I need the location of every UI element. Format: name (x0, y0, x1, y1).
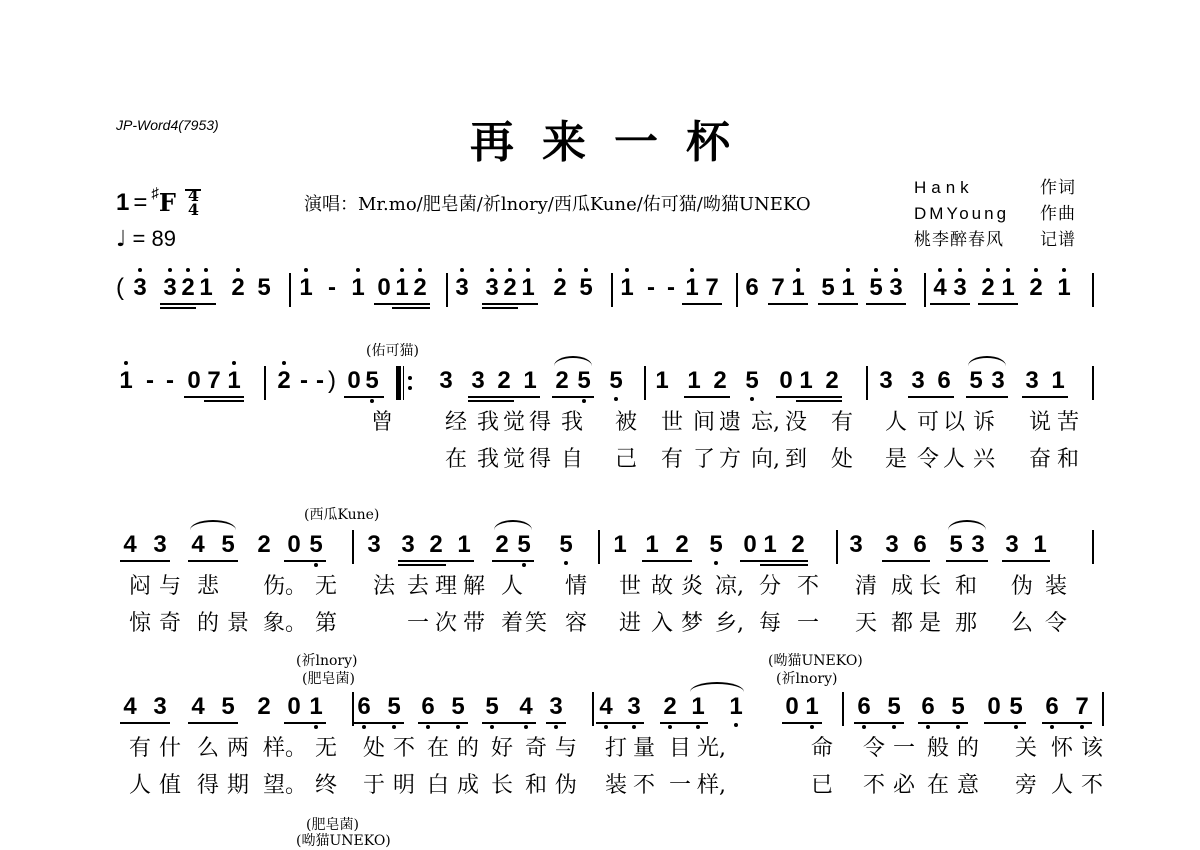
note: 1 (348, 273, 368, 303)
note: 1 (1048, 366, 1068, 396)
tempo-bpm: 89 (152, 226, 176, 251)
note: 2 (410, 273, 430, 303)
octave-up-dot (584, 268, 588, 272)
note: 1 (518, 273, 538, 303)
note: 4 (188, 530, 208, 560)
notation-row: 43452016565543432110165650567 (116, 692, 1090, 732)
note: 0 (284, 692, 304, 722)
octave-up-dot (1006, 268, 1010, 272)
duration-underline (482, 303, 538, 305)
duration-underline (188, 560, 238, 562)
note: 2 (274, 366, 294, 396)
note: 7 (702, 273, 722, 303)
note: 6 (918, 692, 938, 722)
octave-up-dot (874, 268, 878, 272)
note: 2 (978, 273, 998, 303)
barline (352, 530, 354, 564)
note: 3 (1022, 366, 1042, 396)
barline (446, 273, 448, 307)
note: 1 (838, 273, 858, 303)
octave-down-dot (926, 725, 930, 729)
note: 1 (1030, 530, 1050, 560)
octave-up-dot (1062, 268, 1066, 272)
note: 1 (796, 366, 816, 396)
note: 2 (710, 366, 730, 396)
credit-role: 记谱 (1040, 227, 1076, 253)
note: 5 (254, 273, 274, 303)
note: 1 (652, 366, 672, 396)
repeat-thick-line (396, 366, 401, 400)
performers: 演唱：Mr.mo/肥皂菌/祈lnory/西瓜Kune/佑可猫/呦猫UNEKO (304, 190, 811, 216)
duration-underline (160, 303, 216, 305)
credit-lyricist: Hank 作词 (914, 175, 1076, 201)
note: 5 (606, 366, 626, 396)
note: 1 (454, 530, 474, 560)
barline (592, 692, 594, 726)
key-degree: 1 (116, 189, 129, 217)
note: 1 (520, 366, 540, 396)
singer-tag: (祈lnory) (296, 650, 357, 670)
octave-down-dot (696, 725, 700, 729)
note: 0 (776, 366, 796, 396)
octave-down-dot (564, 561, 568, 565)
duration-underline (284, 560, 326, 562)
duration-underline (120, 560, 170, 562)
slur-arc (494, 520, 532, 530)
sustain-dash: - (322, 273, 342, 303)
note: 5 (306, 530, 326, 560)
note: 1 (224, 366, 244, 396)
octave-up-dot (400, 268, 404, 272)
octave-up-dot (460, 268, 464, 272)
note: 5 (362, 366, 382, 396)
credit-transcriber: 桃李醉春风 记谱 (914, 227, 1076, 253)
slur-arc (948, 520, 986, 530)
singer-tag: (肥皂菌) (302, 668, 355, 688)
duration-underline (796, 400, 842, 402)
note: 5 (742, 366, 762, 396)
note: 2 (494, 366, 514, 396)
credit-role: 作曲 (1040, 201, 1076, 227)
note: 3 (160, 273, 180, 303)
octave-down-dot (750, 397, 754, 401)
credit-name: Hank (914, 175, 1040, 201)
note: 1 (306, 692, 326, 722)
meter-bottom: 4 (188, 203, 199, 217)
barline (598, 530, 600, 564)
octave-down-dot (734, 723, 738, 727)
octave-down-dot (604, 725, 608, 729)
note: 6 (934, 366, 954, 396)
repeat-dot (408, 376, 412, 380)
note: 6 (418, 692, 438, 722)
octave-up-dot (796, 268, 800, 272)
octave-down-dot (370, 399, 374, 403)
note: 1 (726, 692, 746, 722)
barline (289, 273, 291, 307)
note: 1 (116, 366, 136, 396)
note: 0 (184, 366, 204, 396)
octave-up-dot (625, 268, 629, 272)
octave-down-dot (668, 725, 672, 729)
duration-underline (492, 560, 534, 562)
octave-down-dot (522, 563, 526, 567)
note: 2 (254, 692, 274, 722)
duration-underline (160, 307, 196, 309)
note: 3 (468, 366, 488, 396)
note: 2 (228, 273, 248, 303)
note: 6 (742, 273, 762, 303)
note: 4 (930, 273, 950, 303)
octave-up-dot (490, 268, 494, 272)
credit-composer: DMYoung 作曲 (914, 201, 1076, 227)
note: 1 (1054, 273, 1074, 303)
duration-underline (978, 303, 1018, 305)
barline (1092, 530, 1094, 564)
octave-down-dot (892, 725, 896, 729)
notation-row: (3321251-10123321251--176715153432121 (116, 273, 1090, 313)
octave-down-dot (614, 397, 618, 401)
octave-up-dot (232, 361, 236, 365)
note: 3 (876, 366, 896, 396)
meter-divider (185, 189, 201, 191)
note: 5 (448, 692, 468, 722)
note: 5 (966, 366, 986, 396)
note: 0 (984, 692, 1004, 722)
note: 3 (968, 530, 988, 560)
barline (1102, 692, 1104, 726)
parenthesis: ( (116, 273, 124, 303)
octave-up-dot (168, 268, 172, 272)
octave-up-dot (282, 361, 286, 365)
note: 1 (688, 692, 708, 722)
duration-underline (204, 400, 244, 402)
duration-underline (854, 722, 904, 724)
octave-down-dot (1014, 725, 1018, 729)
octave-down-dot (956, 725, 960, 729)
note: 3 (546, 692, 566, 722)
octave-up-dot (124, 361, 128, 365)
note: 5 (556, 530, 576, 560)
duration-underline (966, 396, 1008, 398)
duration-underline (482, 307, 518, 309)
duration-underline (642, 560, 692, 562)
octave-down-dot (314, 725, 318, 729)
octave-down-dot (524, 725, 528, 729)
credit-name: 桃李醉春风 (914, 227, 1040, 253)
lyric-line: 人值得期望。终于明白成长和伪装不一样,已不必在意旁人不 (116, 773, 1090, 799)
octave-up-dot (846, 268, 850, 272)
note: 1 (998, 273, 1018, 303)
note: 3 (482, 273, 502, 303)
note: 5 (218, 692, 238, 722)
duration-underline (984, 722, 1026, 724)
octave-down-dot (456, 725, 460, 729)
slur-arc (554, 356, 592, 366)
duration-underline (184, 396, 244, 398)
slur-arc (190, 520, 236, 530)
octave-up-dot (958, 268, 962, 272)
song-title: 再来一杯 (0, 113, 1200, 173)
duration-underline (284, 722, 326, 724)
note: 3 (886, 273, 906, 303)
note: 6 (1042, 692, 1062, 722)
note: 5 (576, 273, 596, 303)
note: 5 (1006, 692, 1026, 722)
note: 5 (866, 273, 886, 303)
repeat-dot (408, 386, 412, 390)
duration-underline (1022, 396, 1068, 398)
notation-row: 1--0712--)05332125511250123365331 (116, 366, 1090, 406)
duration-underline (468, 396, 540, 398)
note: 7 (768, 273, 788, 303)
duration-underline (392, 307, 430, 309)
octave-up-dot (1034, 268, 1038, 272)
duration-underline (740, 560, 808, 562)
note: 5 (384, 692, 404, 722)
note: 2 (500, 273, 520, 303)
note: 2 (550, 273, 570, 303)
singer-tag: (呦猫UNEKO) (296, 830, 391, 850)
singer-tag: (佑可猫) (366, 340, 419, 360)
octave-down-dot (490, 725, 494, 729)
duration-underline (418, 722, 468, 724)
note: 1 (617, 273, 637, 303)
note: 1 (682, 273, 702, 303)
note: 0 (344, 366, 364, 396)
note: 0 (374, 273, 394, 303)
key-equals: = (133, 189, 147, 217)
note: 4 (516, 692, 536, 722)
octave-up-dot (558, 268, 562, 272)
octave-up-dot (986, 268, 990, 272)
note: 1 (296, 273, 316, 303)
lyric-line: 在我觉得自己有了方向,到处是令人兴奋和 (116, 447, 1090, 473)
note: 1 (684, 366, 704, 396)
note: 3 (398, 530, 418, 560)
note: 1 (610, 530, 630, 560)
note: 1 (196, 273, 216, 303)
tempo-marking: ♩ = 89 (116, 226, 176, 252)
duration-underline (354, 722, 404, 724)
note: 7 (204, 366, 224, 396)
duration-underline (120, 722, 170, 724)
sustain-dash: - (641, 273, 661, 303)
duration-underline (930, 303, 970, 305)
note: 4 (120, 692, 140, 722)
octave-up-dot (186, 268, 190, 272)
note: 6 (910, 530, 930, 560)
note: 4 (596, 692, 616, 722)
octave-down-dot (554, 725, 558, 729)
barline (736, 273, 738, 307)
note: 3 (988, 366, 1008, 396)
duration-underline (374, 303, 430, 305)
note: 6 (354, 692, 374, 722)
sustain-dash: - (310, 366, 330, 396)
note: 1 (642, 530, 662, 560)
octave-down-dot (862, 725, 866, 729)
note: 1 (760, 530, 780, 560)
singer-tag: (呦猫UNEKO) (768, 650, 863, 670)
barline (644, 366, 646, 400)
note: 5 (218, 530, 238, 560)
note: 5 (574, 366, 594, 396)
octave-up-dot (508, 268, 512, 272)
octave-down-dot (392, 725, 396, 729)
barline (842, 692, 844, 726)
sharp-icon: ♯ (151, 185, 159, 202)
note: 2 (1026, 273, 1046, 303)
duration-underline (552, 396, 594, 398)
note: 1 (802, 692, 822, 722)
slur-arc (690, 682, 744, 692)
octave-down-dot (632, 725, 636, 729)
note: 2 (426, 530, 446, 560)
note: 3 (846, 530, 866, 560)
octave-up-dot (138, 268, 142, 272)
octave-up-dot (526, 268, 530, 272)
octave-up-dot (204, 268, 208, 272)
note: 3 (908, 366, 928, 396)
sustain-dash: - (661, 273, 681, 303)
note: 6 (854, 692, 874, 722)
lyric-line: 曾经我觉得我被世间遗忘,没有人可以诉说苦 (116, 410, 1090, 436)
quarter-note-icon: ♩ (116, 227, 126, 252)
note: 5 (948, 692, 968, 722)
octave-up-dot (690, 268, 694, 272)
barline (866, 366, 868, 400)
note: 3 (130, 273, 150, 303)
barline (1092, 273, 1094, 307)
note: 1 (788, 273, 808, 303)
duration-underline (344, 396, 384, 398)
octave-down-dot (426, 725, 430, 729)
note: 5 (514, 530, 534, 560)
duration-underline (682, 303, 722, 305)
note: 3 (364, 530, 384, 560)
note: 3 (1002, 530, 1022, 560)
note: 2 (254, 530, 274, 560)
duration-underline (882, 560, 930, 562)
note: 5 (884, 692, 904, 722)
duration-underline (546, 722, 566, 724)
octave-down-dot (314, 563, 318, 567)
note: 2 (552, 366, 572, 396)
barline (836, 530, 838, 564)
duration-underline (768, 303, 808, 305)
octave-down-dot (582, 399, 586, 403)
note: 0 (782, 692, 802, 722)
barline (264, 366, 266, 400)
note: 5 (706, 530, 726, 560)
time-signature: 4 4 (188, 189, 199, 217)
lyric-line: 闷与悲伤。无法去理解人情世故炎凉,分不清成长和伪装 (116, 574, 1090, 600)
note: 3 (950, 273, 970, 303)
duration-underline (908, 396, 954, 398)
duration-underline (818, 303, 858, 305)
sustain-dash: - (160, 366, 180, 396)
note: 3 (436, 366, 456, 396)
octave-down-dot (810, 725, 814, 729)
singer-tag: (祈lnory) (776, 668, 837, 688)
duration-underline (482, 722, 536, 724)
note: 5 (818, 273, 838, 303)
duration-underline (660, 722, 708, 724)
duration-underline (1002, 560, 1050, 562)
credit-name: DMYoung (914, 201, 1040, 227)
credits: Hank 作词 DMYoung 作曲 桃李醉春风 记谱 (914, 175, 1076, 253)
octave-up-dot (894, 268, 898, 272)
note: 3 (150, 692, 170, 722)
duration-underline (946, 560, 988, 562)
duration-underline (398, 560, 474, 562)
note: 2 (672, 530, 692, 560)
lyric-line: 有什么两样。无处不在的好奇与打量目光,命令一般的关怀该 (116, 736, 1090, 762)
duration-underline (760, 564, 808, 566)
key-signature: 1 = ♯ F 4 4 (116, 188, 199, 217)
credit-role: 作词 (1040, 175, 1076, 201)
repeat-thin-line (403, 366, 404, 400)
note: 3 (624, 692, 644, 722)
singer-tag: (西瓜Kune) (304, 504, 379, 524)
note: 2 (822, 366, 842, 396)
parenthesis: ) (328, 366, 336, 396)
duration-underline (468, 400, 514, 402)
octave-up-dot (236, 268, 240, 272)
note: 3 (150, 530, 170, 560)
note: 5 (482, 692, 502, 722)
note: 2 (660, 692, 680, 722)
note: 4 (120, 530, 140, 560)
note: 4 (188, 692, 208, 722)
note: 2 (788, 530, 808, 560)
octave-down-dot (1050, 725, 1054, 729)
duration-underline (684, 396, 730, 398)
octave-up-dot (304, 268, 308, 272)
barline (924, 273, 926, 307)
lyric-line: 惊奇的景象。第一次带着笑容进入梦乡,每一天都是那么令 (116, 611, 1090, 637)
duration-underline (398, 564, 446, 566)
octave-down-dot (714, 561, 718, 565)
note: 0 (740, 530, 760, 560)
duration-underline (596, 722, 644, 724)
duration-underline (918, 722, 968, 724)
duration-underline (188, 722, 238, 724)
notation-row: 4345205332125511250123365331 (116, 530, 1090, 570)
duration-underline (782, 722, 822, 724)
note: 0 (284, 530, 304, 560)
tempo-equals: = (133, 226, 146, 251)
note: 7 (1072, 692, 1092, 722)
note: 5 (946, 530, 966, 560)
barline (611, 273, 613, 307)
sustain-dash: - (140, 366, 160, 396)
note: 3 (882, 530, 902, 560)
octave-down-dot (362, 725, 366, 729)
note: 2 (178, 273, 198, 303)
note: 3 (452, 273, 472, 303)
duration-underline (776, 396, 842, 398)
note: 2 (492, 530, 512, 560)
barline (1092, 366, 1094, 400)
octave-down-dot (1080, 725, 1084, 729)
octave-up-dot (356, 268, 360, 272)
octave-up-dot (418, 268, 422, 272)
key-note: F (159, 188, 176, 217)
duration-underline (1042, 722, 1092, 724)
octave-up-dot (938, 268, 942, 272)
